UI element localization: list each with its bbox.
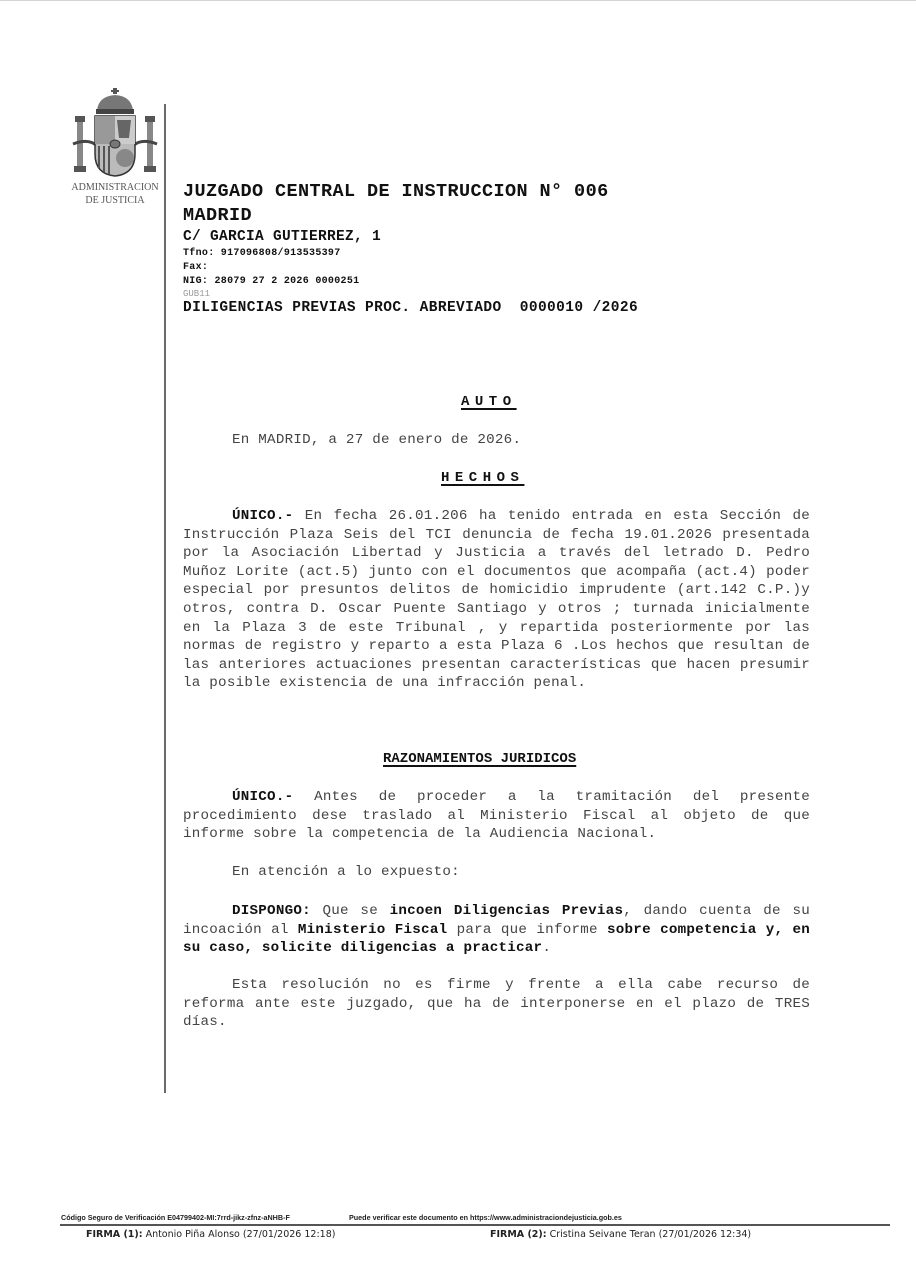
signature-2: FIRMA (2): Cristina Seivane Teran (27/01… <box>490 1229 751 1240</box>
razonamientos-paragraph: ÚNICO.- Antes de proceder a la tramitaci… <box>183 788 810 844</box>
razonamientos-label: ÚNICO.- <box>232 789 293 805</box>
dispongo-text-3: para que informe <box>447 922 607 938</box>
footer-rule <box>60 1224 890 1226</box>
court-phone: Tfno: 917096808/913535397 <box>183 248 341 259</box>
signature-2-value: Cristina Seivane Teran (27/01/2026 12:34… <box>547 1229 752 1240</box>
court-name: JUZGADO CENTRAL DE INSTRUCCION N° 006 <box>183 181 609 202</box>
margin-rule <box>164 104 166 1093</box>
dispongo-text-1: Que se <box>311 903 390 919</box>
section-hechos-heading: HECHOS <box>441 470 524 486</box>
procedure-reference: DILIGENCIAS PREVIAS PROC. ABREVIADO 0000… <box>183 300 638 316</box>
signature-2-label: FIRMA (2): <box>490 1229 547 1240</box>
dispongo-text-4: . <box>542 940 551 956</box>
dispongo-bold-1: incoen Diligencias Previas <box>390 903 624 919</box>
administracion-justicia-logo: ADMINISTRACION DE JUSTICIA <box>64 88 166 206</box>
nig-number: NIG: 28079 27 2 2026 0000251 <box>183 276 359 287</box>
signature-1-value: Antonio Piña Alonso (27/01/2026 12:18) <box>143 1229 336 1240</box>
court-fax: Fax: <box>183 262 208 273</box>
court-address: C/ GARCIA GUTIERREZ, 1 <box>183 229 381 245</box>
signature-1: FIRMA (1): Antonio Piña Alonso (27/01/20… <box>86 1229 335 1240</box>
dispongo-label: DISPONGO: <box>232 903 311 919</box>
recurso-text: Esta resolución no es firme y frente a e… <box>183 977 810 1030</box>
verification-code: Código Seguro de Verificación E04799402-… <box>61 1213 290 1222</box>
dispongo-paragraph: DISPONGO: Que se incoen Diligencias Prev… <box>183 902 810 958</box>
atencion-line: En atención a lo expuesto: <box>183 863 810 882</box>
logo-text-line1: ADMINISTRACION <box>64 182 166 193</box>
date-line: En MADRID, a 27 de enero de 2026. <box>183 431 810 450</box>
court-city: MADRID <box>183 205 252 226</box>
coat-of-arms-icon <box>69 88 161 180</box>
logo-text-line2: DE JUSTICIA <box>64 195 166 206</box>
atencion-text: En atención a lo expuesto: <box>232 864 460 880</box>
date-text: En MADRID, a 27 de enero de 2026. <box>232 432 521 448</box>
hechos-paragraph: ÚNICO.- En fecha 26.01.206 ha tenido ent… <box>183 507 810 693</box>
page-top-border <box>0 0 916 1</box>
recurso-paragraph: Esta resolución no es firme y frente a e… <box>183 976 810 1032</box>
dispongo-bold-2: Ministerio Fiscal <box>298 922 447 938</box>
signature-1-label: FIRMA (1): <box>86 1229 143 1240</box>
section-razonamientos-heading: RAZONAMIENTOS JURIDICOS <box>383 751 576 767</box>
internal-code: GUB11 <box>183 289 210 299</box>
hechos-text: En fecha 26.01.206 ha tenido entrada en … <box>183 508 810 691</box>
hechos-label: ÚNICO.- <box>232 508 293 524</box>
document-title: AUTO <box>461 394 517 410</box>
verification-url-text: Puede verificar este documento en https:… <box>349 1213 622 1222</box>
